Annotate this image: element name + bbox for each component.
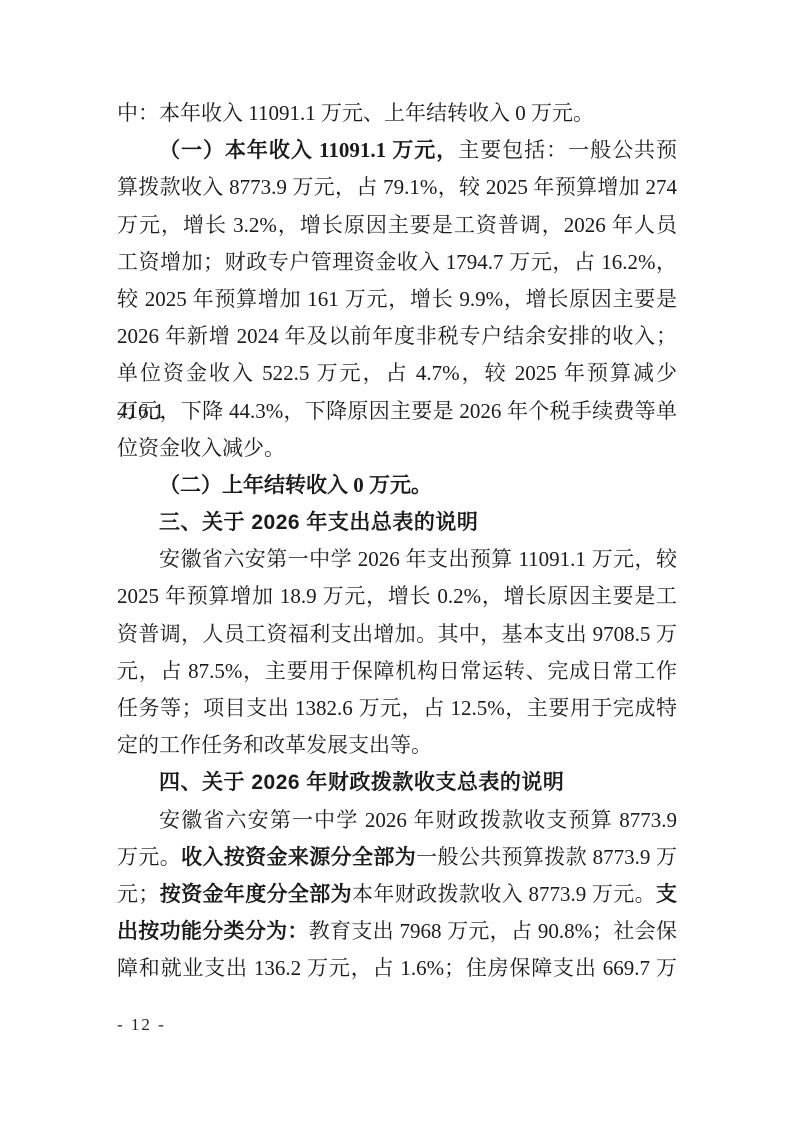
text-segment: 定的工作任务和改革发展支出等。: [117, 733, 432, 757]
text-line: 万元，增长 3.2%，增长原因主要是工资普调，2026 年人员: [117, 207, 677, 244]
text-segment: 元，占 87.5%，主要用于保障机构日常运转、完成日常工作: [117, 659, 677, 683]
text-segment: 三、关于 2026 年支出总表的说明: [159, 511, 478, 534]
text-line: 较 2025 年预算增加 161 万元，增长 9.9%，增长原因主要是: [117, 281, 677, 318]
document-body: 中：本年收入 11091.1 万元、上年结转收入 0 万元。（一）本年收入 11…: [117, 95, 677, 988]
text-line: 2025 年预算增加 18.9 万元，增长 0.2%，增长原因主要是工: [117, 578, 677, 615]
text-line: 中：本年收入 11091.1 万元、上年结转收入 0 万元。: [117, 95, 677, 132]
text-segment: 收入按资金来源分全部为: [181, 845, 416, 869]
text-line: 安徽省六安第一中学 2026 年支出预算 11091.1 万元，较: [117, 541, 677, 578]
text-segment: 按资金年度分全部为: [159, 882, 352, 906]
text-line: （二）上年结转收入 0 万元。: [117, 467, 677, 504]
text-segment: 工资增加；财政专户管理资金收入 1794.7 万元，占 16.2%，: [117, 250, 677, 274]
text-line: 万元。收入按资金来源分全部为一般公共预算拨款 8773.9 万: [117, 839, 677, 876]
text-segment: 教育支出 7968 万元，占 90.8%；社会保: [309, 919, 677, 943]
text-line: （一）本年收入 11091.1 万元，主要包括：一般公共预: [117, 132, 677, 169]
text-segment: 万元，增长 3.2%，增长原因主要是工资普调，2026 年人员: [117, 213, 677, 237]
text-segment: 主要包括：一般公共预: [458, 138, 677, 162]
text-segment: 位资金收入减少。: [117, 436, 285, 460]
text-line: 障和就业支出 136.2 万元，占 1.6%；住房保障支出 669.7 万: [117, 950, 677, 987]
text-segment: 安徽省六安第一中学 2026 年支出预算 11091.1 万元，较: [159, 547, 677, 571]
text-segment: 2026 年新增 2024 年及以前年度非税专户结余安排的收入；: [117, 324, 677, 348]
section-heading: 三、关于 2026 年支出总表的说明: [117, 504, 677, 541]
text-segment: 支: [656, 882, 677, 906]
text-segment: 较 2025 年预算增加 161 万元，增长 9.9%，增长原因主要是: [117, 287, 677, 311]
text-segment: （一）本年收入 11091.1 万元，: [159, 138, 458, 162]
text-segment: 中：本年收入 11091.1 万元、上年结转收入 0 万元。: [117, 101, 594, 125]
text-line: 定的工作任务和改革发展支出等。: [117, 727, 677, 764]
text-line: 元，占 87.5%，主要用于保障机构日常运转、完成日常工作: [117, 653, 677, 690]
text-segment: （二）上年结转收入 0 万元。: [159, 473, 432, 497]
text-line: 资普调，人员工资福利支出增加。其中，基本支出 9708.5 万: [117, 616, 677, 653]
section-heading: 四、关于 2026 年财政拨款收支总表的说明: [117, 764, 677, 801]
text-line: 出按功能分类分为：教育支出 7968 万元，占 90.8%；社会保: [117, 913, 677, 950]
text-segment: 出按功能分类分为：: [117, 919, 309, 943]
text-line: 安徽省六安第一中学 2026 年财政拨款收支预算 8773.9: [117, 802, 677, 839]
text-segment: 障和就业支出 136.2 万元，占 1.6%；住房保障支出 669.7 万: [117, 956, 677, 980]
text-line: 万元，下降 44.3%，下降原因主要是 2026 年个税手续费等单: [117, 393, 677, 430]
document-page: 中：本年收入 11091.1 万元、上年结转收入 0 万元。（一）本年收入 11…: [0, 0, 793, 1122]
text-segment: 2025 年预算增加 18.9 万元，增长 0.2%，增长原因主要是工: [117, 584, 677, 608]
text-segment: 万元，下降 44.3%，下降原因主要是 2026 年个税手续费等单: [117, 399, 677, 423]
text-segment: 万元。: [117, 845, 181, 869]
text-segment: 四、关于 2026 年财政拨款收支总表的说明: [159, 771, 564, 794]
text-line: 位资金收入减少。: [117, 430, 677, 467]
text-line: 单位资金收入 522.5 万元，占 4.7%，较 2025 年预算减少 416.…: [117, 355, 677, 392]
page-number: - 12 -: [117, 1014, 166, 1036]
text-segment: 本年财政拨款收入 8773.9 万元。: [352, 882, 656, 906]
text-line: 算拨款收入 8773.9 万元，占 79.1%，较 2025 年预算增加 274: [117, 169, 677, 206]
text-segment: 算拨款收入 8773.9 万元，占 79.1%，较 2025 年预算增加 274: [117, 175, 677, 199]
text-line: 2026 年新增 2024 年及以前年度非税专户结余安排的收入；: [117, 318, 677, 355]
text-segment: 一般公共预算拨款 8773.9 万: [416, 845, 677, 869]
text-segment: 元；: [117, 882, 159, 906]
text-segment: 资普调，人员工资福利支出增加。其中，基本支出 9708.5 万: [117, 622, 677, 646]
text-segment: 安徽省六安第一中学 2026 年财政拨款收支预算 8773.9: [159, 808, 677, 832]
text-line: 任务等；项目支出 1382.6 万元，占 12.5%，主要用于完成特: [117, 690, 677, 727]
text-segment: 任务等；项目支出 1382.6 万元，占 12.5%，主要用于完成特: [117, 696, 677, 720]
text-line: 工资增加；财政专户管理资金收入 1794.7 万元，占 16.2%，: [117, 244, 677, 281]
text-line: 元；按资金年度分全部为本年财政拨款收入 8773.9 万元。支: [117, 876, 677, 913]
